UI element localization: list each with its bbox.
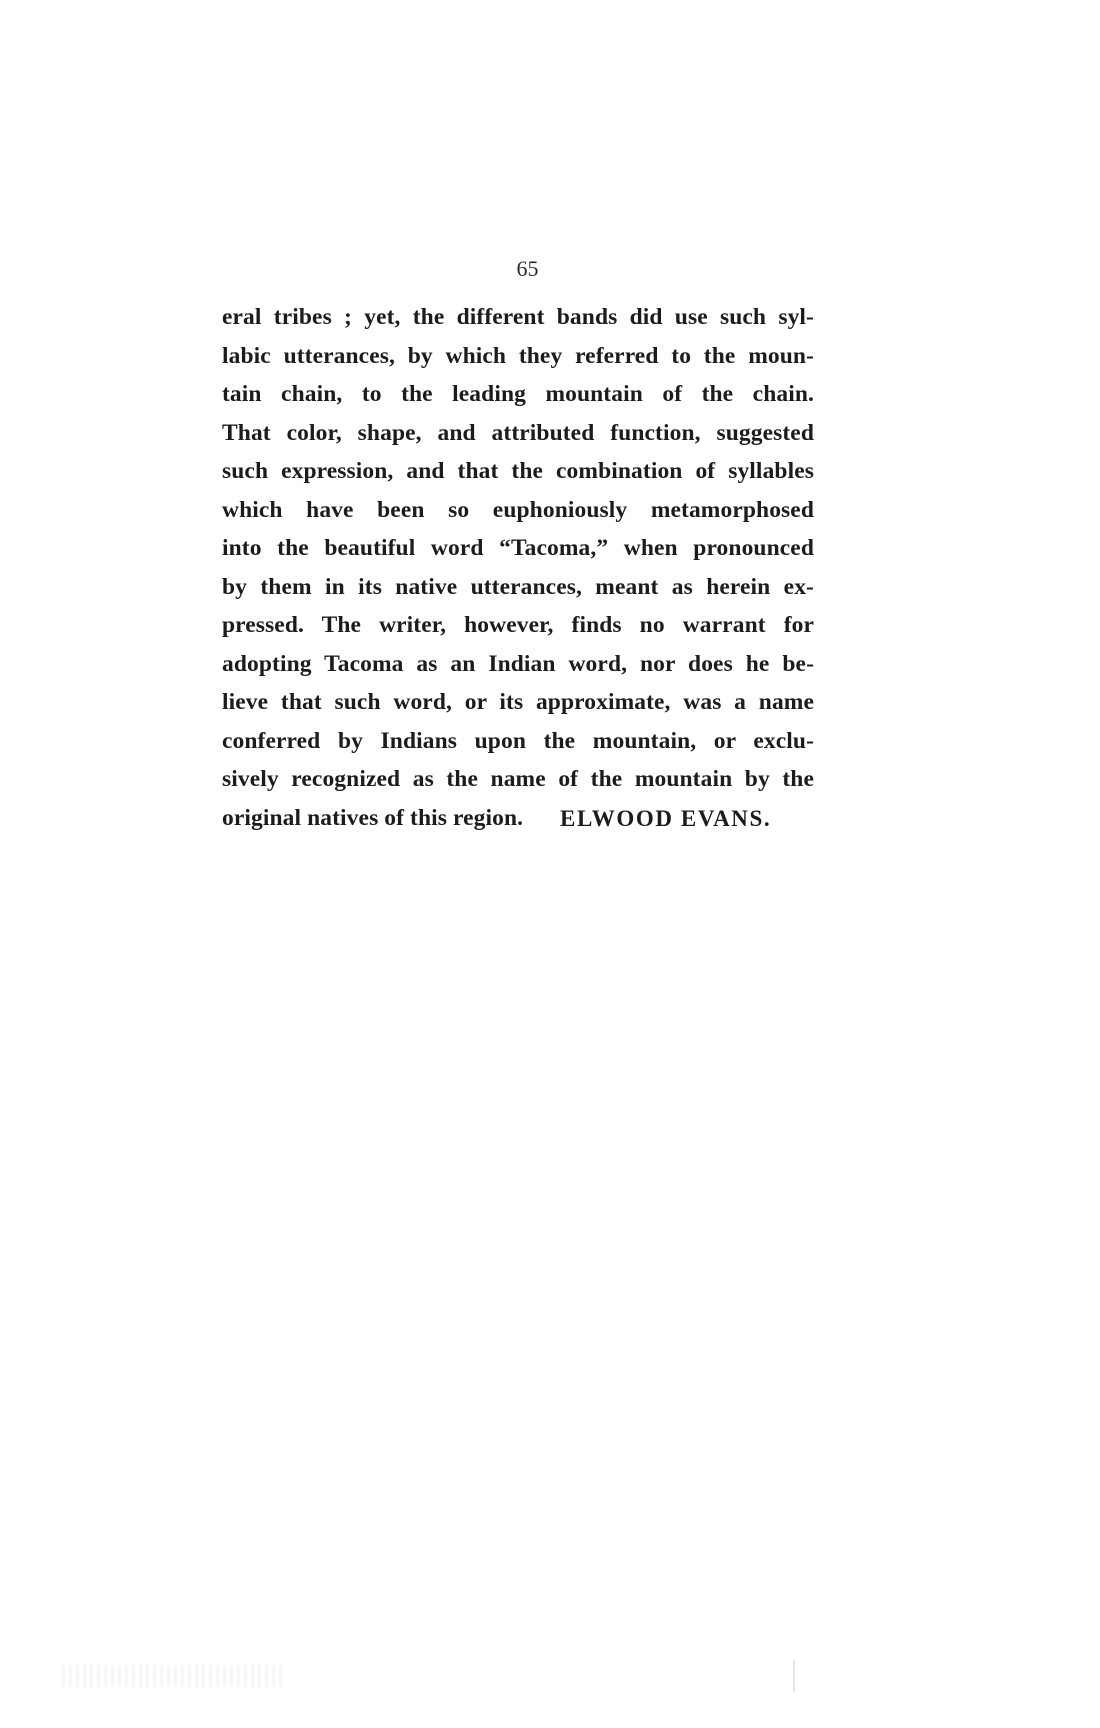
text-line: tain chain, to the leading mountain of t… [222, 375, 814, 414]
scan-artifact-edge [793, 1660, 795, 1692]
text-line: which have been so euphoniously metamorp… [222, 491, 814, 530]
text-line: by them in its native utterances, meant … [222, 568, 814, 607]
text-line: into the beautiful word “Tacoma,” when p… [222, 529, 814, 568]
text-line: sively recognized as the name of the mou… [222, 760, 814, 799]
text-line: pressed. The writer, however, finds no w… [222, 606, 814, 645]
text-line: labic utterances, by which they referred… [222, 337, 814, 376]
text-line: eral tribes ; yet, the different bands d… [222, 298, 814, 337]
text-line: adopting Tacoma as an Indian word, nor d… [222, 645, 814, 684]
scanned-book-page: 65 eral tribes ; yet, the different band… [0, 0, 1100, 1728]
text-line: such expression, and that the combinatio… [222, 452, 814, 491]
author-signature: ELWOOD EVANS. [560, 806, 771, 832]
text-line: That color, shape, and attributed functi… [222, 414, 814, 453]
text-line: conferred by Indians upon the mountain, … [222, 722, 814, 761]
body-text: eral tribes ; yet, the different bands d… [222, 298, 814, 837]
text-line: lieve that such word, or its approximate… [222, 683, 814, 722]
page-number: 65 [0, 256, 1055, 282]
scan-artifact [62, 1665, 282, 1687]
